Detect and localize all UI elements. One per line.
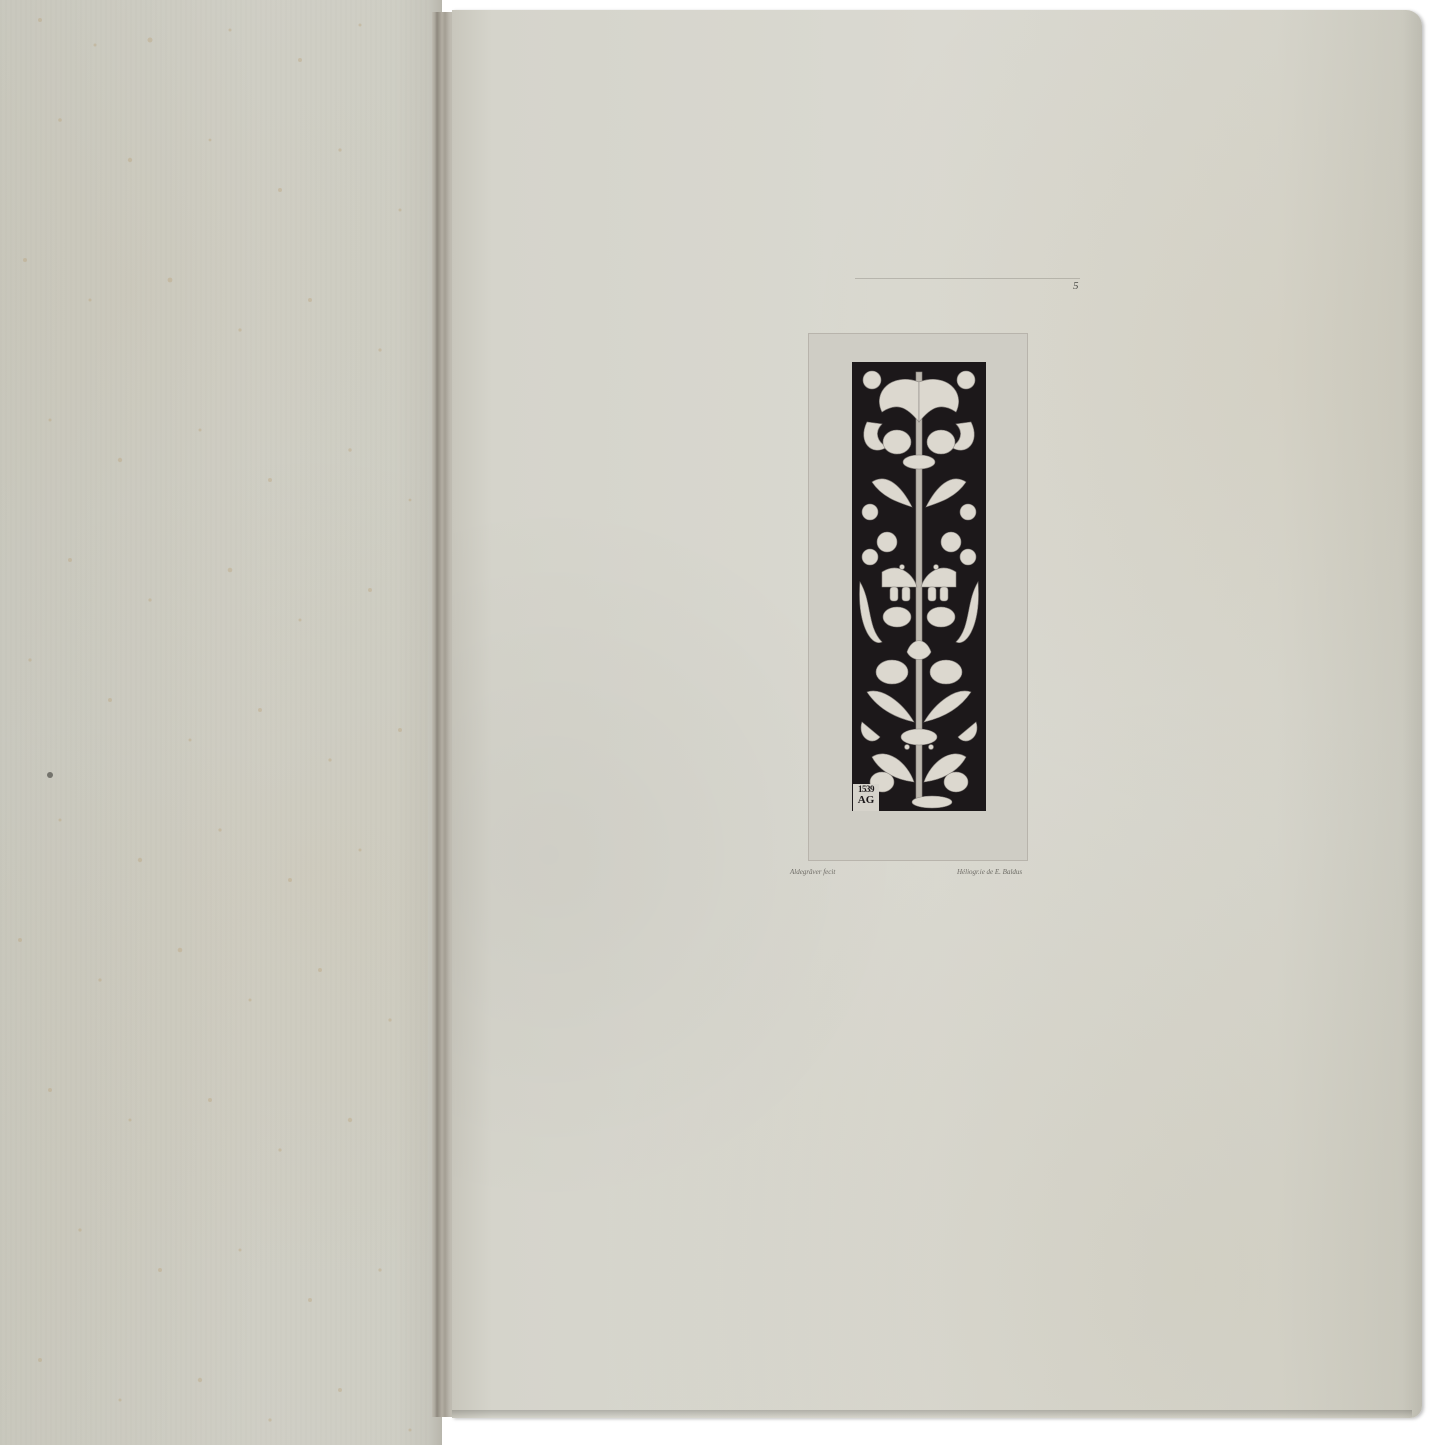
ornamental-engraving <box>852 362 986 811</box>
printer-caption: Héliogr.ie de E. Baldus <box>957 868 1022 876</box>
engraver-caption: Aldegrâver fecit <box>790 868 835 876</box>
acanthus-ornament-icon <box>852 362 986 811</box>
artist-monogram: 1539 AG <box>853 784 879 811</box>
left-page <box>0 0 440 1445</box>
monogram-letters: AG <box>853 795 879 806</box>
foxing-spots <box>0 0 440 1445</box>
plate-mark-line <box>855 278 1080 279</box>
page-shadow <box>452 1410 1412 1418</box>
book-photograph: 5 <box>0 0 1445 1445</box>
pencil-mark: 5 <box>1073 280 1079 292</box>
